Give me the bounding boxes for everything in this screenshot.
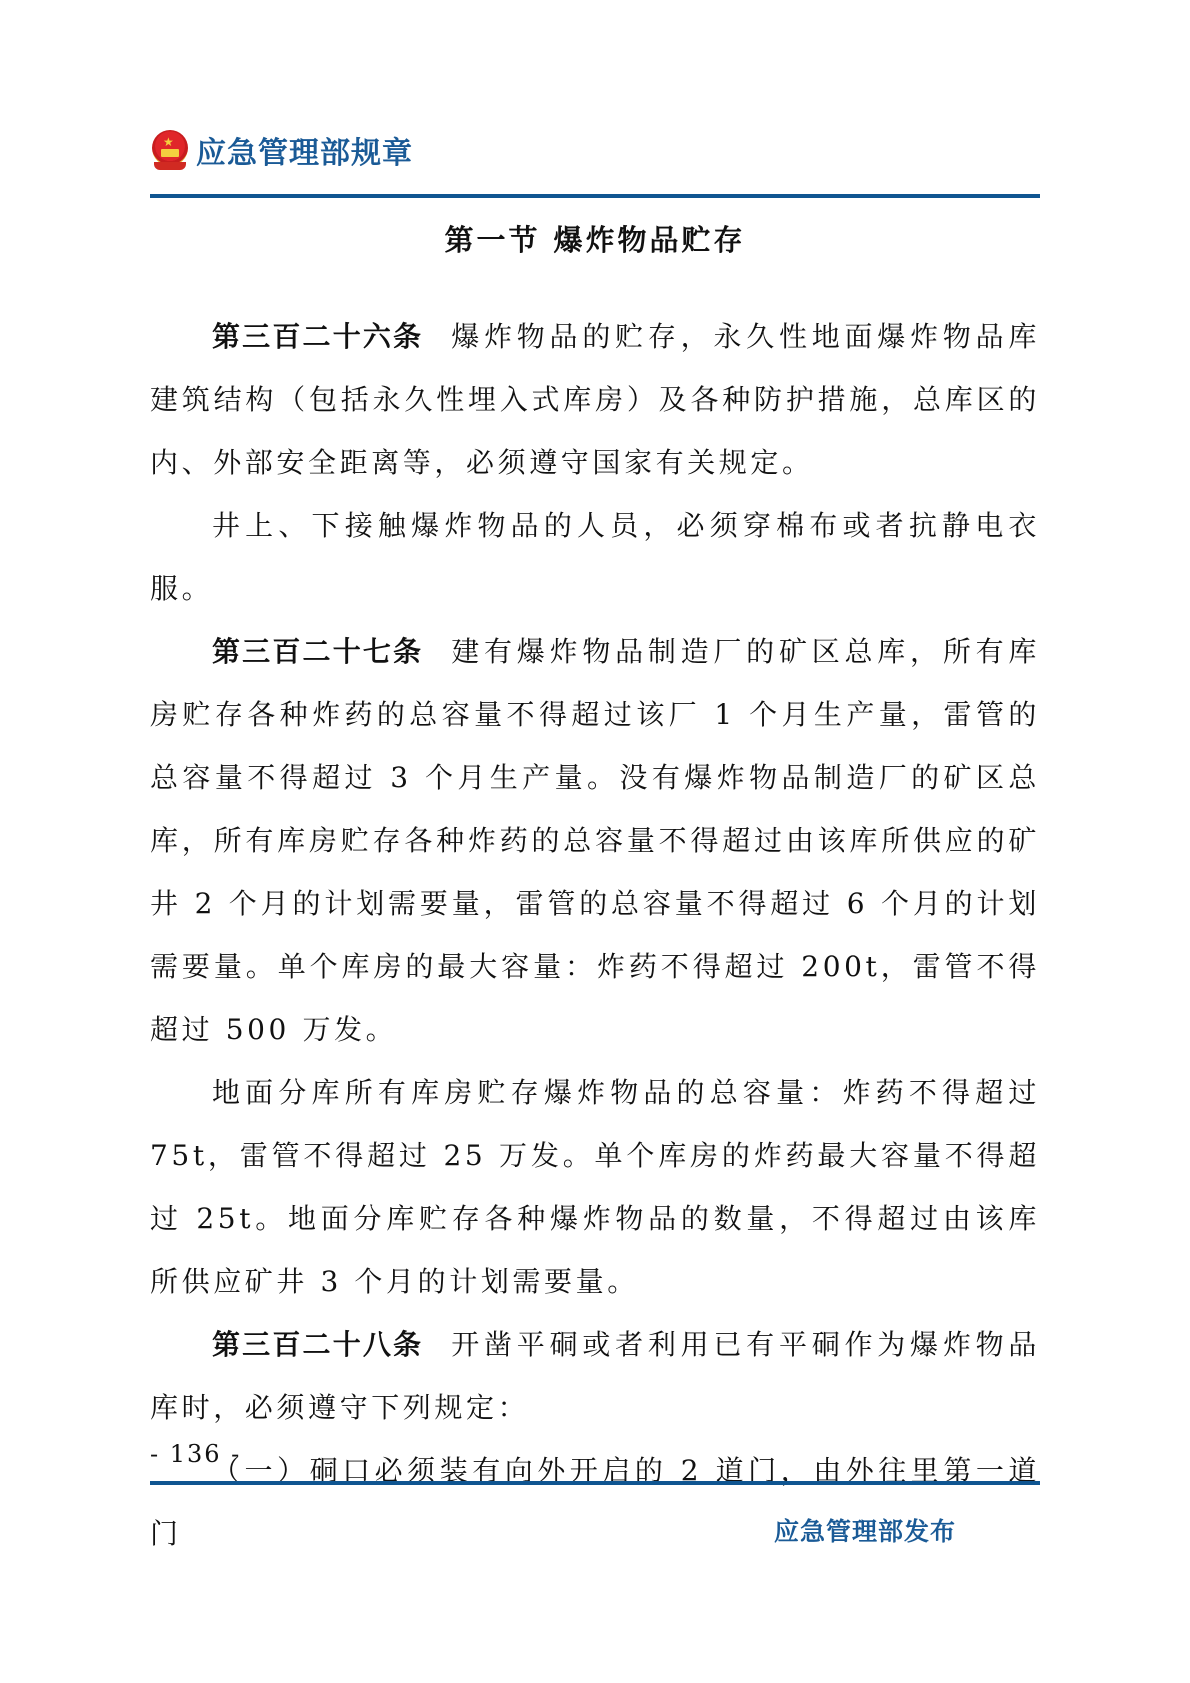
page-number: - 136 -: [150, 1440, 241, 1468]
publisher-label: 应急管理部发布: [774, 1512, 956, 1548]
paragraph-text: 地面分库所有库房贮存爆炸物品的总容量：炸药不得超过 75t，雷管不得超过 25 …: [150, 1076, 1040, 1298]
paragraph: 井上、下接触爆炸物品的人员，必须穿棉布或者抗静电衣服。: [150, 494, 1040, 620]
document-header: ★ 应急管理部规章: [150, 128, 413, 172]
header-rule: [150, 194, 1040, 198]
paragraph-text: 井上、下接触爆炸物品的人员，必须穿棉布或者抗静电衣服。: [150, 509, 1040, 605]
paragraph: 第三百二十六条爆炸物品的贮存，永久性地面爆炸物品库建筑结构（包括永久性埋入式库房…: [150, 305, 1040, 494]
header-title: 应急管理部规章: [196, 128, 413, 172]
national-emblem-icon: ★: [150, 128, 190, 172]
article-number: 第三百二十六条: [212, 320, 423, 353]
paragraph: 第三百二十八条开凿平硐或者利用已有平硐作为爆炸物品库时，必须遵守下列规定：: [150, 1313, 1040, 1439]
footer-rule: [150, 1481, 1040, 1485]
paragraph: 地面分库所有库房贮存爆炸物品的总容量：炸药不得超过 75t，雷管不得超过 25 …: [150, 1061, 1040, 1313]
paragraph-text: 建有爆炸物品制造厂的矿区总库，所有库房贮存各种炸药的总容量不得超过该厂 1 个月…: [150, 635, 1040, 1046]
paragraph: 第三百二十七条建有爆炸物品制造厂的矿区总库，所有库房贮存各种炸药的总容量不得超过…: [150, 620, 1040, 1061]
article-number: 第三百二十八条: [212, 1328, 423, 1361]
section-title: 第一节 爆炸物品贮存: [0, 218, 1190, 259]
article-number: 第三百二十七条: [212, 635, 423, 668]
document-body: 第三百二十六条爆炸物品的贮存，永久性地面爆炸物品库建筑结构（包括永久性埋入式库房…: [150, 305, 1040, 1565]
